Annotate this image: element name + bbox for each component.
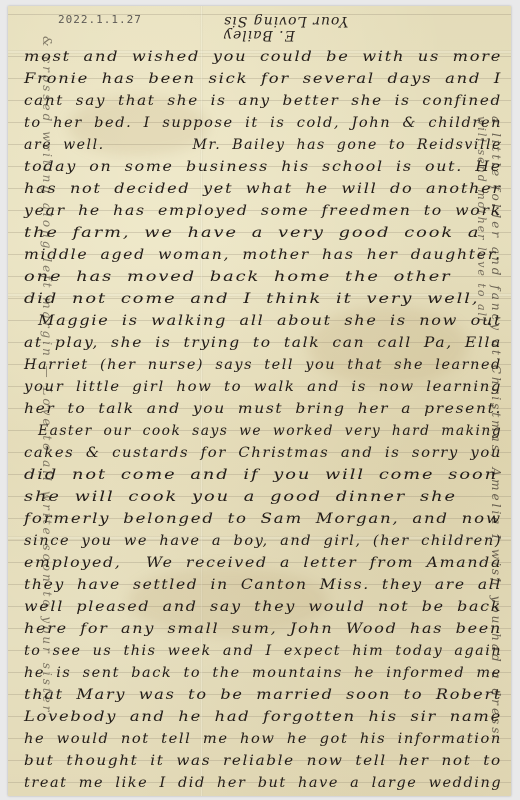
letter-line: he is sent back to the mountains he info…	[24, 662, 504, 684]
letter-line: cant say that she is any better she is c…	[24, 90, 504, 112]
left-margin-crosswriting: & crossed writing along left margin — Lo…	[40, 36, 54, 796]
letter-line: middle aged woman, mother has her daught…	[24, 244, 504, 266]
letter-line: Easter our cook says we worked very hard…	[24, 420, 504, 442]
letter-line: here for any small sum, John Wood has be…	[24, 618, 504, 640]
signature-line: E. Bailey	[223, 28, 483, 42]
letter-line: most and wished you could be with us mor…	[24, 46, 504, 68]
letter-line: one has moved back home the other	[24, 266, 504, 288]
letter-page: 2022.1.1.27 E. Bailey Your Loving Sis mo…	[8, 6, 511, 796]
letter-line: did not come and if you will come soon	[24, 464, 504, 486]
letter-line: formerly belonged to Sam Morgan, and now	[24, 508, 504, 530]
letter-line: has not decided yet what he will do anot…	[24, 178, 504, 200]
signature-line: Your Loving Sis	[223, 14, 483, 28]
letter-line: he would not tell me how he got his info…	[24, 728, 504, 750]
catalog-number: 2022.1.1.27	[58, 13, 142, 26]
letter-line: did not come and I think it very well,	[24, 288, 504, 310]
letter-line: today on some business his school is out…	[24, 156, 504, 178]
letter-line: Harriet (her nurse) says tell you that s…	[24, 354, 504, 376]
letter-line: the farm, we have a very good cook a	[24, 222, 504, 244]
letter-line: year he has employed some freedmen to wo…	[24, 200, 504, 222]
letter-line: Maggie is walking all about she is now o…	[24, 310, 504, 332]
letter-line: her to talk and you must bring her a pre…	[24, 398, 504, 420]
letter-line: since you we have a boy, and girl, (her …	[24, 530, 504, 552]
letter-line: treat me like I did her but have a large…	[24, 772, 504, 794]
letter-line: Lovebody and he had forgotten his sir na…	[24, 706, 504, 728]
letter-line: they have settled in Canton Miss. they a…	[24, 574, 504, 596]
letter-line: to her bed. I suppose it is cold, John &…	[24, 112, 504, 134]
letter-line: that Mary was to be married soon to Robe…	[24, 684, 504, 706]
letter-line: employed, We received a letter from Aman…	[24, 552, 504, 574]
letter-body: most and wished you could be with us mor…	[24, 46, 504, 794]
letter-line: but thought it was reliable now tell her…	[24, 750, 504, 772]
letter-line: she will cook you a good dinner she	[24, 486, 504, 508]
letter-line: well pleased and say they would not be b…	[24, 596, 504, 618]
letter-line: at play, she is trying to talk can call …	[24, 332, 504, 354]
letter-line: are well. Mr. Bailey has gone to Reidsvi…	[24, 134, 504, 156]
letter-line: to see us this week and I expect him tod…	[24, 640, 504, 662]
letter-line: Fronie has been sick for several days an…	[24, 68, 504, 90]
letter-line: your little girl how to walk and is now …	[24, 376, 504, 398]
right-margin-crosswriting: a little folder and fancy at Christmas, …	[489, 116, 503, 756]
letter-line: cakes & custards for Christmas and is so…	[24, 442, 504, 464]
upside-down-signature: E. Bailey Your Loving Sis	[223, 14, 483, 42]
right-margin-crosswriting-inner: will send mother love to all	[475, 116, 488, 376]
